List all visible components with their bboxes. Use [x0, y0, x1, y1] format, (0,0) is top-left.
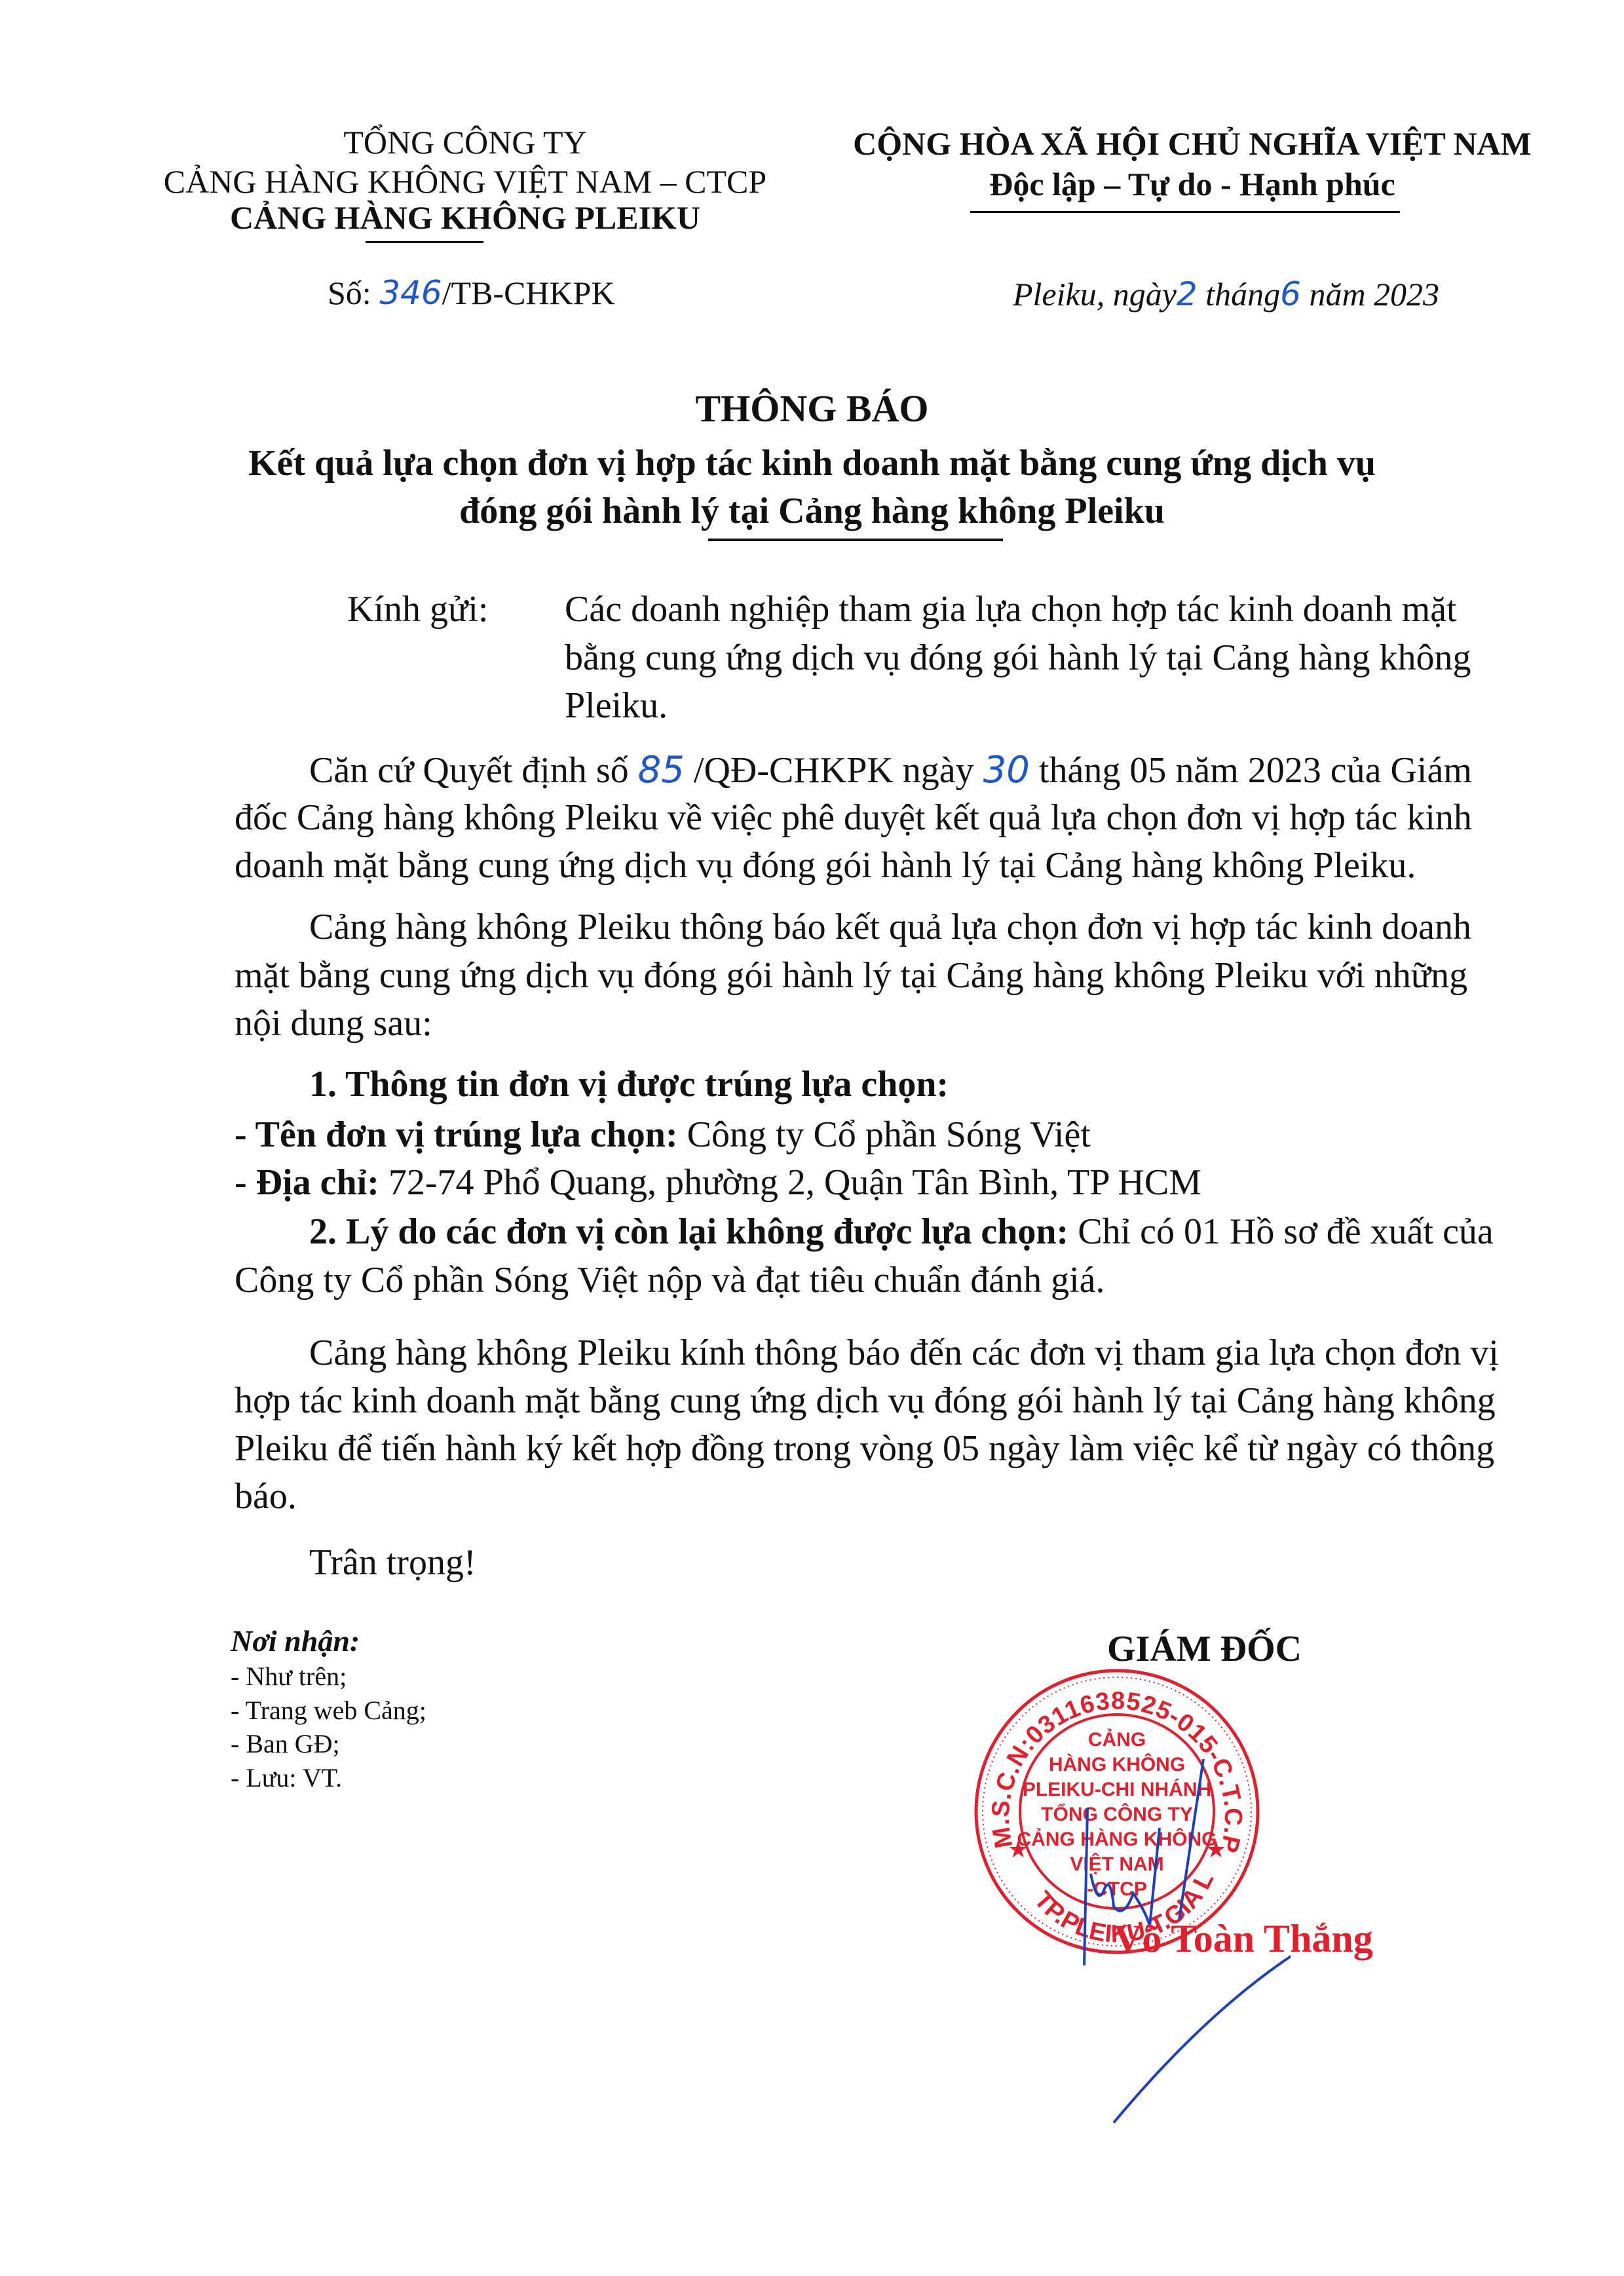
date-month-handwritten: 6	[1280, 275, 1301, 313]
para2-line: Cảng hàng không Pleiku thông báo kết quả…	[309, 906, 1471, 948]
section1-heading: 1. Thông tin đơn vị được trúng lựa chọn:	[309, 1063, 949, 1105]
winner-address-label: - Địa chỉ:	[235, 1162, 379, 1203]
section2-label: 2. Lý do các đơn vị còn lại không được l…	[309, 1211, 1068, 1252]
document-title: THÔNG BÁO	[0, 387, 1624, 430]
winner-name-row: - Tên đơn vị trúng lựa chọn: Công ty Cổ …	[235, 1114, 1091, 1156]
para1-line2: đốc Cảng hàng không Pleiku về việc phê d…	[235, 797, 1472, 839]
para4-line: Cảng hàng không Pleiku kính thông báo đế…	[309, 1332, 1499, 1374]
document-number-prefix: Số:	[328, 275, 379, 311]
para1-line1: Căn cứ Quyết định số 85 /QĐ-CHKPK ngày 3…	[309, 749, 1472, 791]
document-number: Số: 346/TB-CHKPK	[328, 274, 615, 312]
document-date: Pleiku, ngày2 tháng6 năm 2023	[1013, 275, 1439, 313]
recipients-heading: Nơi nhận:	[231, 1623, 360, 1658]
org-corporation-name: CẢNG HÀNG KHÔNG VIỆT NAM – CTCP	[151, 162, 780, 200]
para2-line: nội dung sau:	[235, 1002, 432, 1044]
addressee-line: Các doanh nghiệp tham gia lựa chọn hợp t…	[565, 588, 1457, 630]
para4-line: Pleiku để tiến hành ký kết hợp đồng tron…	[235, 1428, 1494, 1470]
document-number-handwritten: 346	[379, 274, 442, 312]
header-right-underline	[970, 211, 1400, 213]
para1-text: tháng 05 năm 2023 của Giám	[1030, 750, 1472, 791]
section2-line2: Công ty Cổ phần Sóng Việt nộp và đạt tiê…	[235, 1259, 1105, 1301]
addressee-line: bằng cung ứng dịch vụ đóng gói hành lý t…	[565, 637, 1471, 679]
date-year: năm 2023	[1301, 276, 1439, 313]
national-title: CỘNG HÒA XÃ HỘI CHỦ NGHĨA VIỆT NAM	[832, 124, 1553, 162]
national-motto: Độc lập – Tự do - Hạnh phúc	[832, 165, 1553, 203]
winner-name-value: Công ty Cổ phần Sóng Việt	[678, 1114, 1091, 1155]
para1-line3: doanh mặt bằng cung ứng dịch vụ đóng gói…	[235, 844, 1416, 886]
recipient-item: - Như trên;	[231, 1661, 347, 1692]
addressee-label: Kính gửi:	[347, 588, 488, 630]
signatory-name: Võ Toàn Thắng	[1114, 1916, 1373, 1962]
para4-line: báo.	[235, 1475, 297, 1517]
recipient-item: - Ban GĐ;	[231, 1728, 340, 1759]
date-month-label: tháng	[1198, 276, 1280, 313]
winner-address-row: - Địa chỉ: 72-74 Phổ Quang, phường 2, Qu…	[235, 1162, 1201, 1204]
winner-name-label: - Tên đơn vị trúng lựa chọn:	[235, 1114, 678, 1155]
decision-day-handwritten: 30	[983, 749, 1030, 791]
document-number-suffix: /TB-CHKPK	[442, 275, 615, 311]
document-subtitle-line2: đóng gói hành lý tại Cảng hàng không Ple…	[0, 490, 1624, 532]
winner-address-value: 72-74 Phổ Quang, phường 2, Quận Tân Bình…	[379, 1162, 1201, 1203]
org-unit-name: CẢNG HÀNG KHÔNG PLEIKU	[151, 199, 780, 237]
title-underline	[708, 539, 1003, 541]
closing-greeting: Trân trọng!	[309, 1542, 476, 1584]
document-subtitle-line1: Kết quả lựa chọn đơn vị hợp tác kinh doa…	[0, 442, 1624, 484]
recipient-item: - Lưu: VT.	[231, 1762, 342, 1793]
org-parent-name: TỔNG CÔNG TY	[151, 123, 780, 161]
decision-number-handwritten: 85	[638, 749, 685, 791]
date-day-handwritten: 2	[1177, 275, 1198, 313]
recipient-item: - Trang web Cảng;	[231, 1695, 426, 1726]
date-prefix: Pleiku, ngày	[1013, 276, 1177, 313]
header-left-underline	[366, 241, 483, 243]
para2-line: mặt bằng cung ứng dịch vụ đóng gói hành …	[235, 955, 1467, 996]
para1-text: Căn cứ Quyết định số	[309, 750, 638, 791]
para1-text: /QĐ-CHKPK ngày	[685, 750, 983, 791]
para4-line: hợp tác kinh doanh mặt bằng cung ứng dịc…	[235, 1380, 1496, 1422]
addressee-line: Pleiku.	[565, 685, 668, 727]
section2-line1: 2. Lý do các đơn vị còn lại không được l…	[309, 1211, 1494, 1253]
section2-value: Chỉ có 01 Hồ sơ đề xuất của	[1068, 1211, 1494, 1252]
